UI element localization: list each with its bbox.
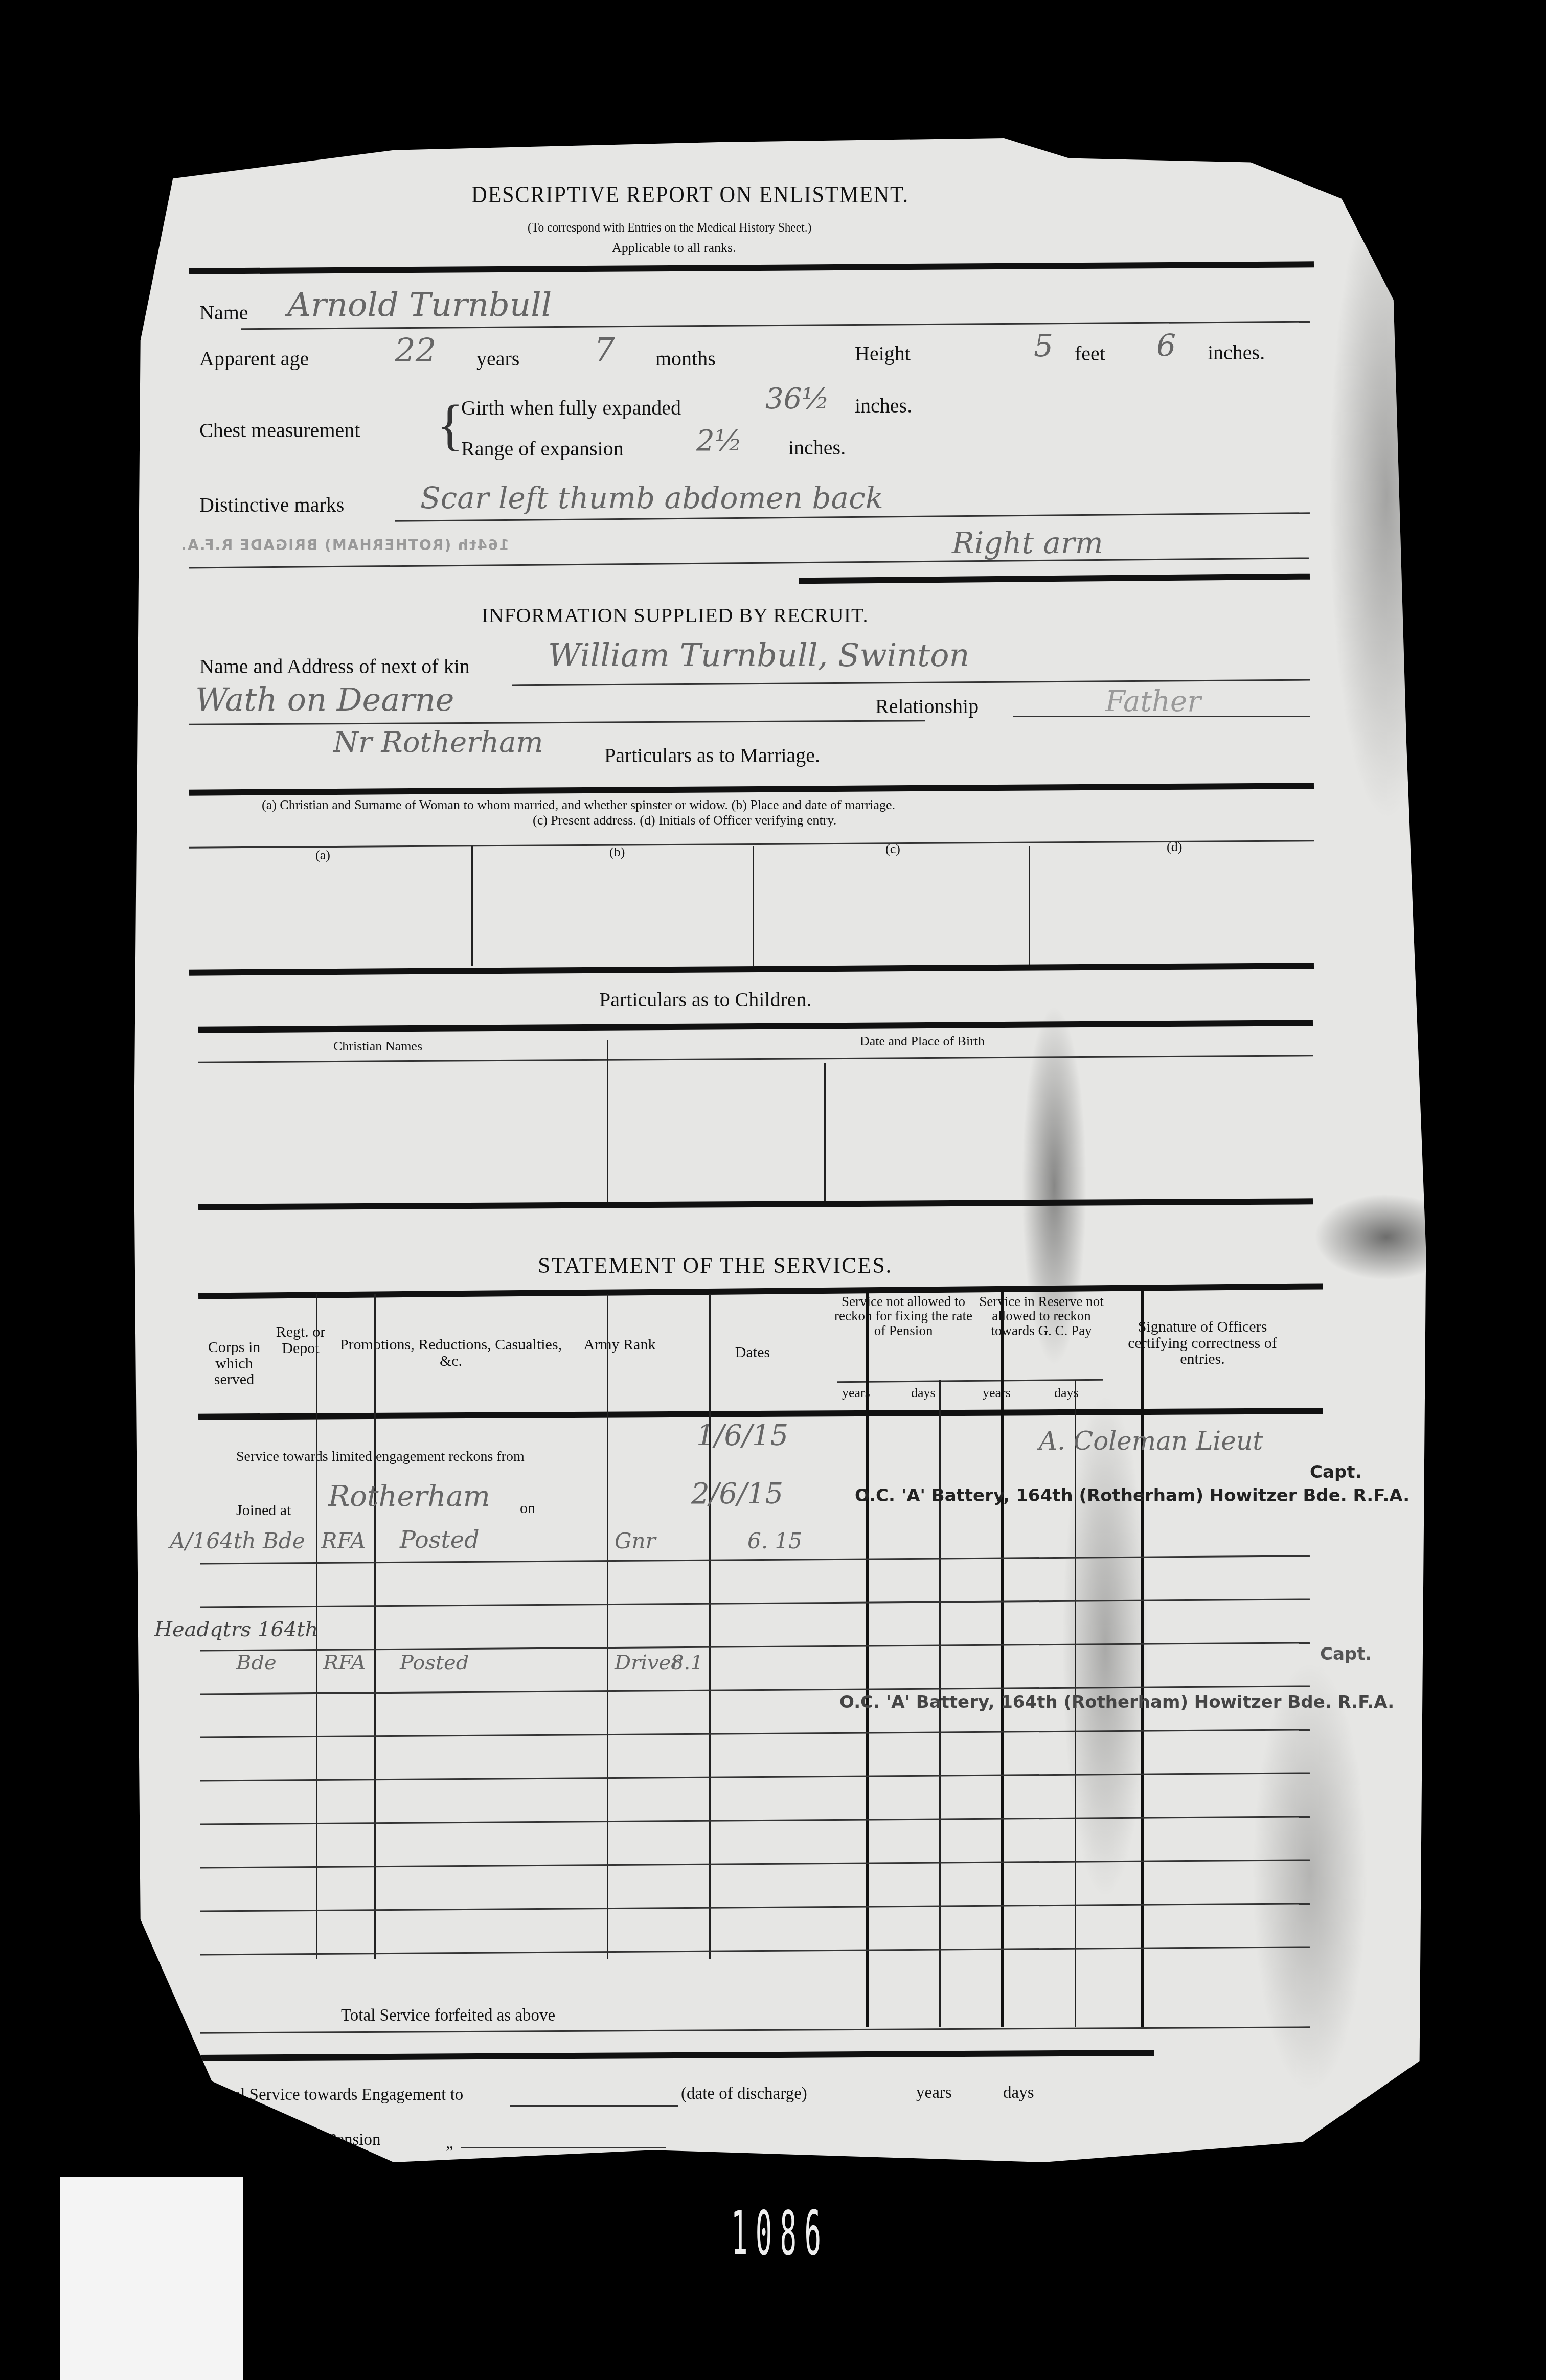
forfeited-label: Total Service forfeited as above <box>341 2006 555 2025</box>
years-label: years <box>476 347 519 371</box>
height-label: Height <box>855 341 911 365</box>
column-divider <box>709 1294 711 1959</box>
divider <box>198 1283 1323 1299</box>
col-regt: Regt. or Depot <box>270 1324 331 1356</box>
marriage-note-1: (a) Christian and Surname of Woman to wh… <box>262 797 895 813</box>
services-heading: STATEMENT OF THE SERVICES. <box>538 1252 893 1278</box>
column-divider <box>607 1294 608 1959</box>
marriage-col-d: (d) <box>1167 839 1182 855</box>
column-divider <box>1141 1291 1144 2027</box>
column-divider <box>824 1063 826 1206</box>
enlistment-form-page: DESCRIPTIVE REPORT ON ENLISTMENT. (To co… <box>134 138 1433 2162</box>
divider <box>799 574 1310 584</box>
age-months-value[interactable]: 7 <box>594 331 615 369</box>
pension-days: days <box>911 1385 936 1401</box>
row-1-rank[interactable]: Gnr <box>615 1528 656 1553</box>
divider <box>189 261 1314 274</box>
limited-engagement-label: Service towards limited engagement recko… <box>236 1449 525 1465</box>
height-feet-value[interactable]: 5 <box>1034 328 1053 364</box>
col-promotions: Promotions, Reductions, Casualties, &c. <box>338 1337 563 1369</box>
column-divider <box>1029 846 1030 966</box>
relationship-value[interactable]: Father <box>1105 685 1201 718</box>
range-unit: inches. <box>788 436 846 460</box>
form-applicability: Applicable to all ranks. <box>612 240 736 256</box>
marriage-note-2: (c) Present address. (d) Initials of Off… <box>533 813 836 828</box>
marriage-col-a: (a) <box>315 848 330 863</box>
children-heading: Particulars as to Children. <box>599 988 811 1012</box>
marriage-col-b: (b) <box>609 844 625 860</box>
ditto-1: „ <box>236 2134 244 2153</box>
row-1-regt[interactable]: RFA <box>321 1528 366 1553</box>
total-engagement-label: Total Service towards Engagement to <box>211 2086 463 2104</box>
on-label: on <box>520 1500 535 1517</box>
column-divider <box>1001 1291 1004 2027</box>
col-corps: Corps in which served <box>198 1339 270 1388</box>
joined-place[interactable]: Rotherham <box>328 1480 490 1513</box>
subheader-rule <box>837 1379 1103 1383</box>
range-value[interactable]: 2½ <box>696 424 742 457</box>
form-title: DESCRIPTIVE REPORT ON ENLISTMENT. <box>471 181 909 208</box>
col-rank: Army Rank <box>563 1337 676 1353</box>
ditto-2: „ <box>282 2134 290 2153</box>
divider <box>189 783 1314 795</box>
brace: { <box>437 393 464 457</box>
folio-number: 1086 <box>731 2198 829 2269</box>
white-tab-marker <box>60 2177 243 2380</box>
name-label: Name <box>199 301 248 325</box>
row-3-corps[interactable]: Headqtrs 164th <box>154 1618 318 1641</box>
row-1-date[interactable]: 6. 15 <box>747 1528 802 1553</box>
kin-address-line-2[interactable]: Nr Rotherham <box>333 726 543 759</box>
column-divider <box>866 1291 869 2027</box>
column-divider <box>607 1040 608 1204</box>
kin-name-value[interactable]: William Turnbull, Swinton <box>548 636 969 674</box>
reserve-years: years <box>983 1385 1011 1401</box>
chest-label: Chest measurement <box>199 418 360 442</box>
joined-label: Joined at <box>236 1502 291 1519</box>
kin-address-underline <box>189 720 925 725</box>
children-table-rule <box>198 1055 1313 1063</box>
divider <box>198 1020 1313 1033</box>
stamp-oc-battery-1: O.C. 'A' Battery, 164th (Rotherham) Howi… <box>855 1485 1409 1506</box>
stamp-captain: Capt. <box>1310 1462 1361 1482</box>
children-col-names: Christian Names <box>333 1039 422 1054</box>
row-1-promotion[interactable]: Posted <box>400 1526 480 1553</box>
marks-label: Distinctive marks <box>199 493 344 517</box>
marks-underline-2 <box>189 557 1309 568</box>
row-4-corps[interactable]: Bde <box>236 1651 277 1675</box>
days-label: days <box>1003 2084 1034 2102</box>
relationship-underline <box>1013 716 1310 717</box>
col-dates: Dates <box>676 1344 829 1361</box>
mirrored-brigade-stamp: 164th (ROTHERHAM) BRIGADE R.F.A. <box>180 537 509 554</box>
feet-label: feet <box>1075 341 1105 365</box>
marriage-table-rule <box>189 840 1314 848</box>
row-4-regt[interactable]: RFA <box>323 1651 366 1675</box>
col-pension: Service not allowed to reckon for fixing… <box>834 1294 972 1338</box>
divider <box>198 1408 1323 1420</box>
officer-signature: A. Coleman Lieut <box>1039 1426 1263 1456</box>
stamp-oc-battery-2: O.C. 'A' Battery, 164th (Rotherham) Howi… <box>839 1692 1394 1712</box>
recruit-info-heading: INFORMATION SUPPLIED BY RECRUIT. <box>482 603 869 627</box>
marriage-col-c: (c) <box>885 841 900 857</box>
age-label: Apparent age <box>199 347 309 371</box>
kin-address-line-1[interactable]: Wath on Dearne <box>195 681 454 718</box>
months-label: months <box>655 347 716 371</box>
years-label: years <box>916 2084 952 2102</box>
name-value[interactable]: Arnold Turnbull <box>287 286 552 324</box>
ditto-3: „ <box>446 2134 453 2153</box>
form-subtitle: (To correspond with Entries on the Medic… <box>528 220 811 235</box>
girth-unit: inches. <box>855 394 912 418</box>
divider <box>198 2050 1154 2061</box>
pension-label: Pension <box>327 2131 381 2149</box>
marriage-heading: Particulars as to Marriage. <box>604 743 820 767</box>
limited-engagement-date[interactable]: 1/6/15 <box>696 1419 788 1452</box>
divider <box>189 963 1314 975</box>
row-rule <box>200 2026 1310 2033</box>
column-divider <box>753 846 754 966</box>
column-divider <box>471 846 473 966</box>
age-years-value[interactable]: 22 <box>395 332 436 370</box>
height-inches-value[interactable]: 6 <box>1156 328 1176 364</box>
children-col-birth: Date and Place of Birth <box>860 1034 985 1049</box>
kin-label: Name and Address of next of kin <box>199 654 470 678</box>
row-4-promotion[interactable]: Posted <box>400 1651 469 1675</box>
engagement-underline <box>510 2105 678 2107</box>
range-label: Range of expansion <box>461 437 624 461</box>
girth-value[interactable]: 36½ <box>765 382 830 416</box>
joined-date[interactable]: 2/6/15 <box>691 1477 783 1511</box>
column-divider <box>374 1294 376 1959</box>
inches-label: inches. <box>1208 340 1265 364</box>
girth-label: Girth when fully expanded <box>461 396 681 420</box>
date-of-discharge-label: (date of discharge) <box>681 2085 807 2103</box>
row-1-corps[interactable]: A/164th Bde <box>170 1528 305 1553</box>
divider <box>198 1198 1313 1210</box>
pension-underline <box>461 2147 666 2148</box>
relationship-label: Relationship <box>875 694 979 718</box>
stamp-captain-2: Capt. <box>1320 1644 1372 1664</box>
marks-line-1[interactable]: Scar left thumb abdomen back <box>420 480 883 515</box>
col-reserve: Service in Reserve not allowed to reckon… <box>975 1294 1108 1338</box>
col-signature: Signature of Officers certifying correct… <box>1113 1319 1292 1367</box>
row-4-date[interactable]: 8.1 <box>671 1651 703 1675</box>
marks-line-2[interactable]: Right arm <box>952 525 1103 560</box>
